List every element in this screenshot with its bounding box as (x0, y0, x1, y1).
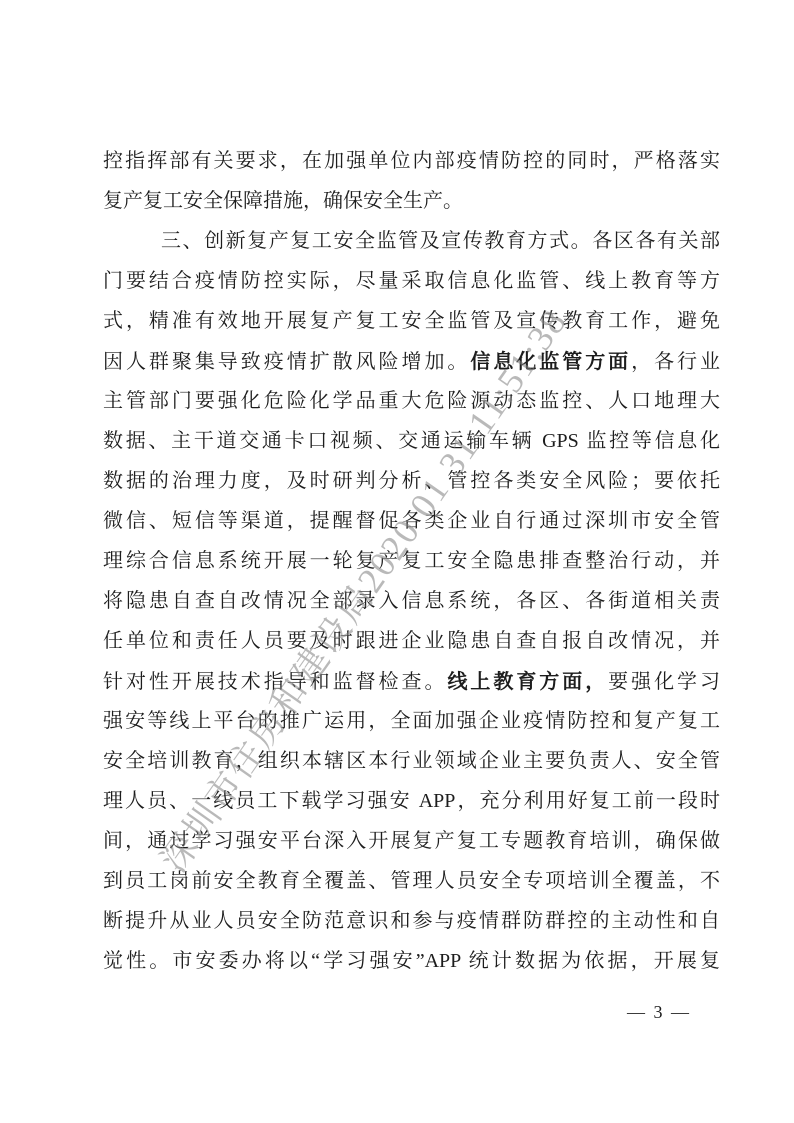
text-segment: 式，精准有效地开展复产复工安全监管及宣传教育工作，避免 (103, 310, 720, 332)
text-line: 到员工岗前安全教育全覆盖、管理人员安全专项培训全覆盖，不 (103, 861, 720, 901)
text-line: 理人员、一线员工下载学习强安 APP，充分利用好复工前一段时 (103, 781, 720, 821)
text-segment: 三、创新复产复工安全监管及宣传教育方式。各区各有关部 (161, 230, 720, 252)
text-segment-emphasis: 信息化监管方面 (470, 349, 631, 373)
text-segment: 到员工岗前安全教育全覆盖、管理人员安全专项培训全覆盖，不 (103, 870, 720, 892)
text-segment: 控指挥部有关要求，在加强单位内部疫情防控的同时，严格落实 (103, 150, 720, 172)
text-segment-emphasis: 线上教育方面， (447, 669, 608, 693)
text-segment: 觉性。市安委办将以“学习强安”APP 统计数据为依据，开展复 (103, 950, 720, 972)
text-line: 任单位和责任人员要及时跟进企业隐患自查自报自改情况，并 (103, 621, 720, 661)
text-segment: 理人员、一线员工下载学习强安 APP，充分利用好复工前一段时 (103, 790, 720, 812)
document-body: 控指挥部有关要求，在加强单位内部疫情防控的同时，严格落实复产复工安全保障措施，确… (103, 141, 720, 981)
text-segment: 门要结合疫情防控实际，尽量采取信息化监管、线上教育等方 (103, 270, 720, 292)
text-line: 间，通过学习强安平台深入开展复产复工专题教育培训，确保做 (103, 821, 720, 861)
text-line: 数据、主干道交通卡口视频、交通运输车辆 GPS 监控等信息化 (103, 421, 720, 461)
text-line: 因人群聚集导致疫情扩散风险增加。信息化监管方面，各行业 (103, 341, 720, 381)
text-segment: 安全培训教育，组织本辖区本行业领域企业主要负责人、安全管 (103, 750, 720, 772)
text-segment: 任单位和责任人员要及时跟进企业隐患自查自报自改情况，并 (103, 630, 720, 652)
text-segment: 微信、短信等渠道，提醒督促各类企业自行通过深圳市安全管 (103, 510, 720, 532)
text-line: 安全培训教育，组织本辖区本行业领域企业主要负责人、安全管 (103, 741, 720, 781)
text-line: 控指挥部有关要求，在加强单位内部疫情防控的同时，严格落实 (103, 141, 720, 181)
page-number: — 3 — (627, 1000, 691, 1024)
text-line: 三、创新复产复工安全监管及宣传教育方式。各区各有关部 (103, 221, 720, 261)
text-segment: 因人群聚集导致疫情扩散风险增加。 (103, 351, 470, 373)
text-line: 微信、短信等渠道，提醒督促各类企业自行通过深圳市安全管 (103, 501, 720, 541)
text-segment: 数据的治理力度，及时研判分析、管控各类安全风险；要依托 (103, 470, 720, 492)
text-line: 将隐患自查自改情况全部录入信息系统，各区、各街道相关责 (103, 581, 720, 621)
text-segment: 主管部门要强化危险化学品重大危险源动态监控、人口地理大 (103, 390, 720, 412)
text-segment: 理综合信息系统开展一轮复产复工安全隐患排查整治行动，并 (103, 550, 720, 572)
document-page: 控指挥部有关要求，在加强单位内部疫情防控的同时，严格落实复产复工安全保障措施，确… (0, 0, 794, 1123)
text-segment: 间，通过学习强安平台深入开展复产复工专题教育培训，确保做 (103, 830, 720, 852)
text-segment: 复产复工安全保障措施，确保安全生产。 (103, 190, 463, 212)
text-line: 主管部门要强化危险化学品重大危险源动态监控、人口地理大 (103, 381, 720, 421)
text-segment: 将隐患自查自改情况全部录入信息系统，各区、各街道相关责 (103, 590, 720, 612)
text-segment: 要强化学习 (608, 671, 720, 693)
text-line: 觉性。市安委办将以“学习强安”APP 统计数据为依据，开展复 (103, 941, 720, 981)
text-line: 针对性开展技术指导和监督检查。线上教育方面，要强化学习 (103, 661, 720, 701)
text-segment: ，各行业 (631, 351, 720, 373)
text-segment: 数据、主干道交通卡口视频、交通运输车辆 GPS 监控等信息化 (103, 430, 720, 452)
text-line: 门要结合疫情防控实际，尽量采取信息化监管、线上教育等方 (103, 261, 720, 301)
text-line: 式，精准有效地开展复产复工安全监管及宣传教育工作，避免 (103, 301, 720, 341)
text-line: 强安等线上平台的推广运用，全面加强企业疫情防控和复产复工 (103, 701, 720, 741)
text-line: 数据的治理力度，及时研判分析、管控各类安全风险；要依托 (103, 461, 720, 501)
text-segment: 断提升从业人员安全防范意识和参与疫情群防群控的主动性和自 (103, 910, 720, 932)
text-segment: 强安等线上平台的推广运用，全面加强企业疫情防控和复产复工 (103, 710, 720, 732)
text-line: 断提升从业人员安全防范意识和参与疫情群防群控的主动性和自 (103, 901, 720, 941)
text-line: 理综合信息系统开展一轮复产复工安全隐患排查整治行动，并 (103, 541, 720, 581)
text-segment: 针对性开展技术指导和监督检查。 (103, 671, 447, 693)
text-line: 复产复工安全保障措施，确保安全生产。 (103, 181, 720, 221)
